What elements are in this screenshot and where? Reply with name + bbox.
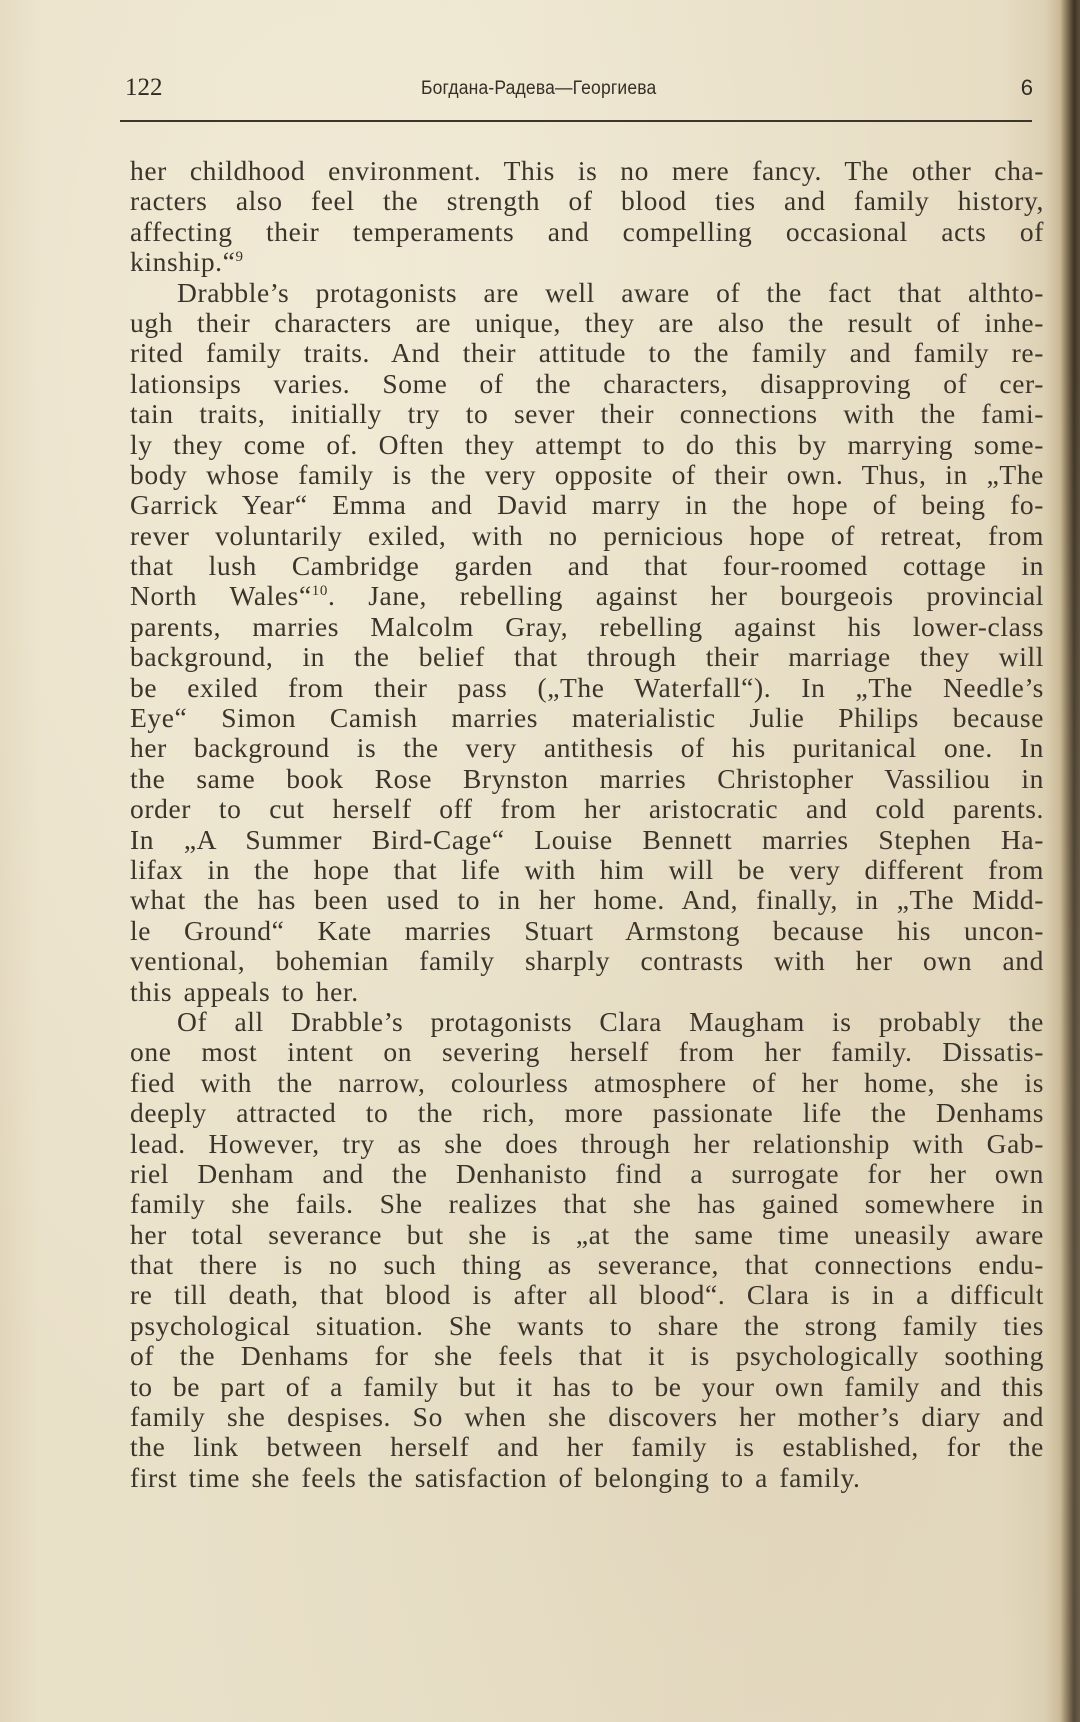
line-text: parents, marries Malcolm Gray, rebelling… <box>130 611 1044 642</box>
text-line: her background is the very antithesis of… <box>130 733 1044 763</box>
text-line: the link between herself and her family … <box>130 1432 1044 1462</box>
text-line: affecting their temperaments and compell… <box>130 217 1044 247</box>
text-line: lead. However, try as she does through h… <box>130 1129 1044 1159</box>
book-page: 122 Богдана-Радева—Георгиева 6 her child… <box>0 0 1080 1722</box>
text-line: be exiled from their pass („The Waterfal… <box>130 673 1044 703</box>
header-rule <box>120 120 1032 122</box>
footnote-marker: 9 <box>235 249 243 265</box>
line-text: be exiled from their pass („The Waterfal… <box>130 672 1044 703</box>
line-text: Drabble’s protagonists are well aware of… <box>177 277 1044 308</box>
line-text: Garrick Year“ Emma and David marry in th… <box>130 489 1044 520</box>
text-line: first time she feels the satisfaction of… <box>130 1463 1044 1493</box>
line-text: of the Denhams for she feels that it is … <box>130 1340 1044 1371</box>
line-text: racters also feel the strength of blood … <box>130 185 1044 216</box>
text-line: ugh their characters are unique, they ar… <box>130 308 1044 338</box>
page-number: 122 <box>125 70 163 106</box>
text-line: parents, marries Malcolm Gray, rebelling… <box>130 612 1044 642</box>
text-line: her childhood environment. This is no me… <box>130 156 1044 186</box>
text-line: what the has been used to in her home. A… <box>130 885 1044 915</box>
text-line: to be part of a family but it has to be … <box>130 1372 1044 1402</box>
text-line: Eye“ Simon Camish marries materialistic … <box>130 703 1044 733</box>
text-line: ventional, bohemian family sharply contr… <box>130 946 1044 976</box>
line-text: le Ground“ Kate marries Stuart Armstong … <box>130 915 1044 946</box>
line-text: that lush Cambridge garden and that four… <box>130 550 1044 581</box>
body-text: her childhood environment. This is no me… <box>130 156 1044 1493</box>
line-text: ventional, bohemian family sharply contr… <box>130 945 1044 976</box>
line-text: body whose family is the very opposite o… <box>130 459 1044 490</box>
line-text-continued: . Jane, rebelling against her bourgeois … <box>328 580 1044 611</box>
line-text: deeply attracted to the rich, more passi… <box>130 1097 1044 1128</box>
line-text: the link between herself and her family … <box>130 1431 1044 1462</box>
line-text: rever voluntarily exiled, with no pernic… <box>130 520 1044 551</box>
line-text: family she despises. So when she discove… <box>130 1401 1044 1432</box>
text-line: her total severance but she is „at the s… <box>130 1220 1044 1250</box>
line-text: the same book Rose Brynston marries Chri… <box>130 763 1044 794</box>
line-text: ugh their characters are unique, they ar… <box>130 307 1044 338</box>
text-line: deeply attracted to the rich, more passi… <box>130 1098 1044 1128</box>
line-text: North Wales“ <box>130 580 312 611</box>
line-text: family she fails. She realizes that she … <box>130 1188 1044 1219</box>
line-text: what the has been used to in her home. A… <box>130 884 1044 915</box>
line-text: order to cut herself off from her aristo… <box>130 793 1044 824</box>
line-text: lifax in the hope that life with him wil… <box>130 854 1044 885</box>
text-line: re till death, that blood is after all b… <box>130 1280 1044 1310</box>
line-text: this appeals to her. <box>130 976 359 1007</box>
line-text: Eye“ Simon Camish marries materialistic … <box>130 702 1044 733</box>
text-line: kinship.“9 <box>130 247 1044 277</box>
line-text: kinship.“ <box>130 246 235 277</box>
text-line: Of all Drabble’s protagonists Clara Maug… <box>130 1007 1044 1037</box>
text-line: ly they come of. Often they attempt to d… <box>130 430 1044 460</box>
running-head: 122 Богдана-Радева—Георгиева 6 <box>125 70 1037 106</box>
line-text: tain traits, initially try to sever thei… <box>130 398 1044 429</box>
line-text: background, in the belief that through t… <box>130 641 1044 672</box>
line-text: ly they come of. Often they attempt to d… <box>130 429 1044 460</box>
line-text: lationsips varies. Some of the character… <box>130 368 1044 399</box>
running-head-author: Богдана-Радева—Георгиева <box>421 72 656 106</box>
text-line: North Wales“10. Jane, rebelling against … <box>130 581 1044 611</box>
line-text: her childhood environment. This is no me… <box>130 155 1044 186</box>
text-line: that there is no such thing as severance… <box>130 1250 1044 1280</box>
line-text: fied with the narrow, colourless atmosph… <box>130 1067 1044 1098</box>
line-text: that there is no such thing as severance… <box>130 1249 1044 1280</box>
text-line: family she fails. She realizes that she … <box>130 1189 1044 1219</box>
text-line: body whose family is the very opposite o… <box>130 460 1044 490</box>
text-line: rever voluntarily exiled, with no pernic… <box>130 521 1044 551</box>
line-text: re till death, that blood is after all b… <box>130 1279 1044 1310</box>
text-line: of the Denhams for she feels that it is … <box>130 1341 1044 1371</box>
text-line: family she despises. So when she discove… <box>130 1402 1044 1432</box>
text-line: psychological situation. She wants to sh… <box>130 1311 1044 1341</box>
line-text: Of all Drabble’s protagonists Clara Maug… <box>177 1006 1044 1037</box>
text-line: riel Denham and the Denhanisto find a su… <box>130 1159 1044 1189</box>
text-line: lationsips varies. Some of the character… <box>130 369 1044 399</box>
text-line: one most intent on severing herself from… <box>130 1037 1044 1067</box>
text-line: the same book Rose Brynston marries Chri… <box>130 764 1044 794</box>
line-text: her total severance but she is „at the s… <box>130 1219 1044 1250</box>
text-line: le Ground“ Kate marries Stuart Armstong … <box>130 916 1044 946</box>
line-text: psychological situation. She wants to sh… <box>130 1310 1044 1341</box>
text-line: fied with the narrow, colourless atmosph… <box>130 1068 1044 1098</box>
line-text: affecting their temperaments and compell… <box>130 216 1044 247</box>
text-line: racters also feel the strength of blood … <box>130 186 1044 216</box>
footnote-marker: 10 <box>312 583 328 599</box>
text-line: rited family traits. And their attitude … <box>130 338 1044 368</box>
line-text: to be part of a family but it has to be … <box>130 1371 1044 1402</box>
line-text: lead. However, try as she does through h… <box>130 1128 1044 1159</box>
text-line: lifax in the hope that life with him wil… <box>130 855 1044 885</box>
text-line: that lush Cambridge garden and that four… <box>130 551 1044 581</box>
signature-mark: 6 <box>1021 70 1033 106</box>
text-line: background, in the belief that through t… <box>130 642 1044 672</box>
line-text: riel Denham and the Denhanisto find a su… <box>130 1158 1044 1189</box>
text-line: Drabble’s protagonists are well aware of… <box>130 278 1044 308</box>
line-text: her background is the very antithesis of… <box>130 732 1044 763</box>
text-line: Garrick Year“ Emma and David marry in th… <box>130 490 1044 520</box>
line-text: rited family traits. And their attitude … <box>130 337 1044 368</box>
text-line: order to cut herself off from her aristo… <box>130 794 1044 824</box>
line-text: In „A Summer Bird-Cage“ Louise Bennett m… <box>130 824 1044 855</box>
text-line: tain traits, initially try to sever thei… <box>130 399 1044 429</box>
line-text: first time she feels the satisfaction of… <box>130 1462 861 1493</box>
line-text: one most intent on severing herself from… <box>130 1036 1044 1067</box>
text-line: In „A Summer Bird-Cage“ Louise Bennett m… <box>130 825 1044 855</box>
text-line: this appeals to her. <box>130 977 1044 1007</box>
